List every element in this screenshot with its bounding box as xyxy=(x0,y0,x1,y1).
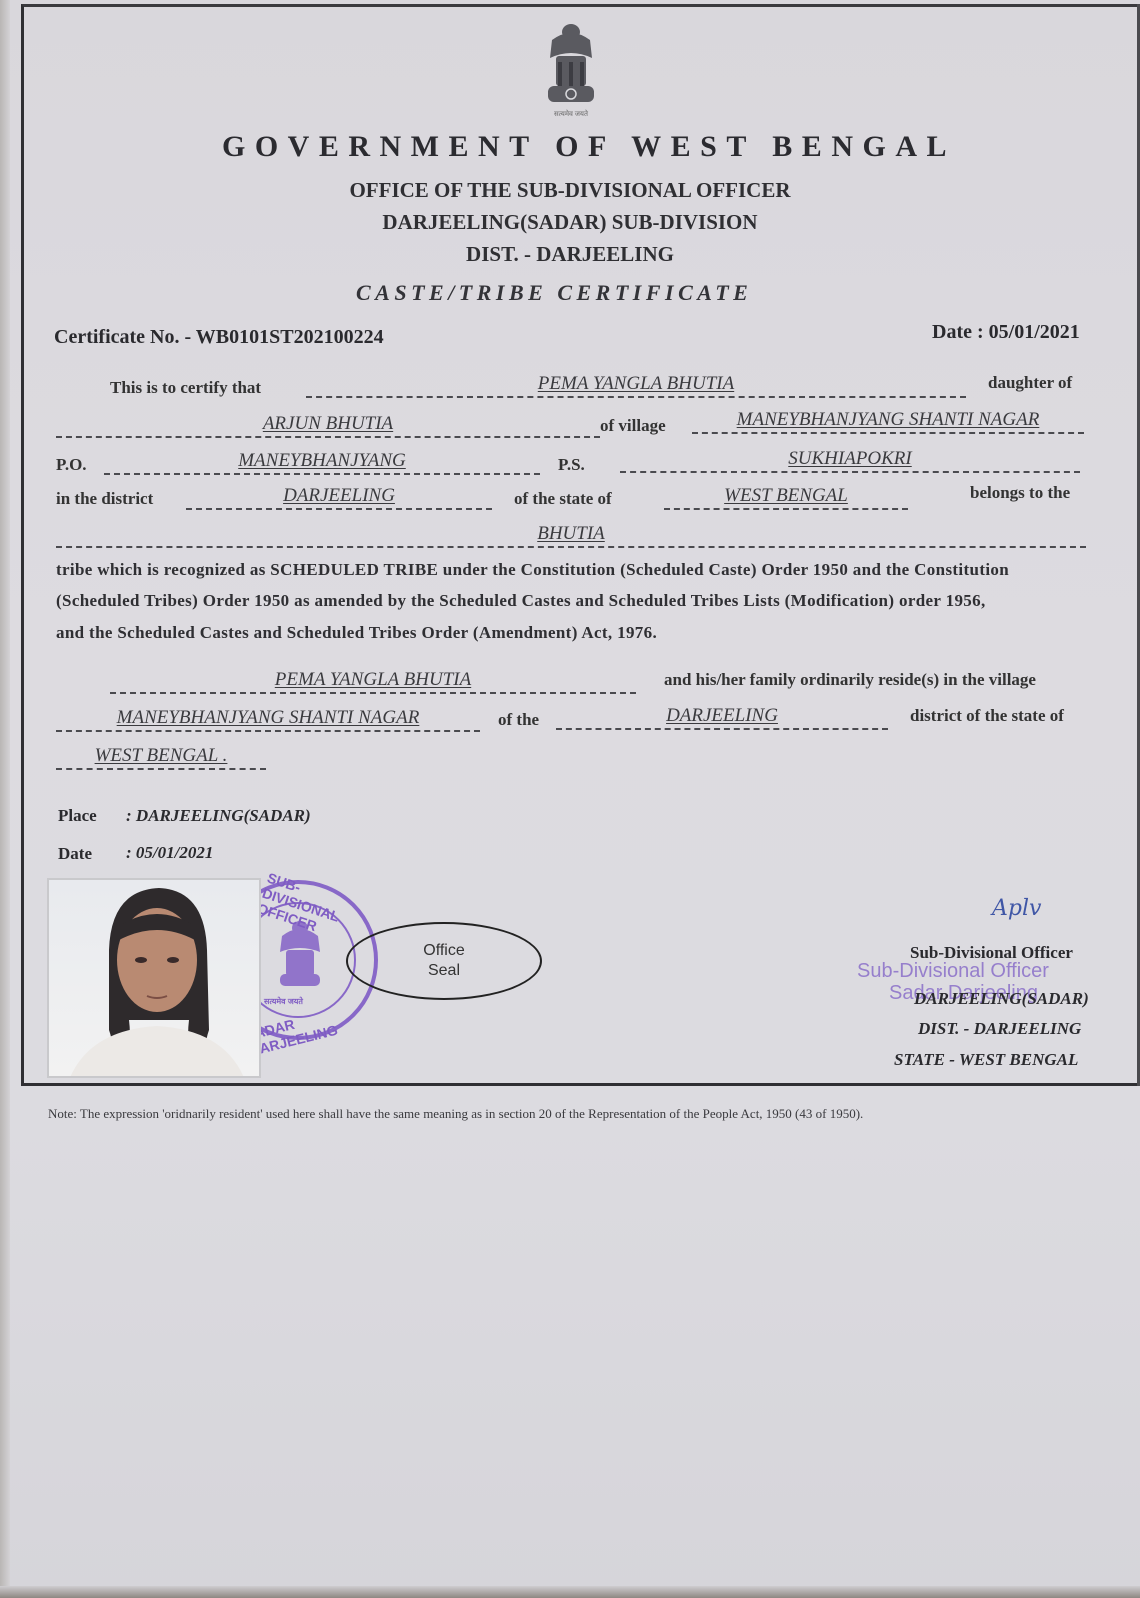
resident-village-field: MANEYBHANJYANG SHANTI NAGAR xyxy=(56,708,480,732)
name-field: PEMA YANGLA BHUTIA xyxy=(306,374,966,398)
district-field: DARJEELING xyxy=(186,486,492,510)
district-state-label: district of the state of xyxy=(910,706,1064,726)
subdivision-heading: DARJEELING(SADAR) SUB-DIVISION xyxy=(0,210,1140,235)
seal-line2: Seal xyxy=(428,961,460,981)
date-value: : 05/01/2021 xyxy=(126,843,213,863)
stamp-caption: सत्यमेव जयते xyxy=(264,996,303,1007)
intro-label: This is to certify that xyxy=(110,378,261,398)
place-label: Place xyxy=(58,806,97,826)
village-field: MANEYBHANJYANG SHANTI NAGAR xyxy=(692,410,1084,434)
place-value: : DARJEELING(SADAR) xyxy=(126,806,311,826)
government-heading: GOVERNMENT OF WEST BENGAL xyxy=(222,130,956,164)
paper-edge xyxy=(0,0,10,1598)
officer-district: DIST. - DARJEELING xyxy=(918,1019,1081,1039)
ps-label: P.S. xyxy=(558,455,585,475)
state-field: WEST BENGAL xyxy=(664,486,908,510)
officer-stamp-line1: Sub-Divisional Officer xyxy=(857,960,1049,983)
certificate-title: CASTE/TRIBE CERTIFICATE xyxy=(356,280,752,306)
tribe-field: BHUTIA xyxy=(56,524,1086,548)
district-heading: DIST. - DARJEELING xyxy=(0,242,1140,267)
certificate-date: Date : 05/01/2021 xyxy=(932,321,1080,344)
resident-name-field: PEMA YANGLA BHUTIA xyxy=(110,670,636,694)
certificate-number: Certificate No. - WB0101ST202100224 xyxy=(54,326,384,349)
belongs-label: belongs to the xyxy=(970,483,1070,503)
parent-field: ARJUN BHUTIA xyxy=(56,414,600,438)
po-field: MANEYBHANJYANG xyxy=(104,451,540,475)
resident-district-field: DARJEELING xyxy=(556,706,888,730)
recognition-text-line1: tribe which is recognized as SCHEDULED T… xyxy=(56,560,1009,580)
village-label: of village xyxy=(600,416,666,436)
resident-state-field: WEST BENGAL . xyxy=(56,746,266,770)
applicant-photo xyxy=(47,878,261,1078)
officer-place: DARJEELING(SADAR) xyxy=(914,989,1089,1009)
office-seal-placeholder: Office Seal xyxy=(346,922,542,1000)
of-the-label: of the xyxy=(498,710,539,730)
state-emblem-icon: सत्यमेव जयते xyxy=(538,18,604,122)
state-label: of the state of xyxy=(514,489,612,509)
office-heading: OFFICE OF THE SUB-DIVISIONAL OFFICER xyxy=(0,178,1140,203)
ps-field: SUKHIAPOKRI xyxy=(620,449,1080,473)
paper-bottom-edge xyxy=(0,1586,1140,1598)
recognition-text-line3: and the Scheduled Castes and Scheduled T… xyxy=(56,623,657,643)
seal-line1: Office xyxy=(423,941,465,961)
date-label: Date xyxy=(58,844,92,864)
signature: Aplv xyxy=(992,896,1041,921)
recognition-text-line2: (Scheduled Tribes) Order 1950 as amended… xyxy=(56,591,986,611)
svg-text:सत्यमेव जयते: सत्यमेव जयते xyxy=(554,109,589,118)
residence-label: and his/her family ordinarily reside(s) … xyxy=(664,670,1036,690)
po-label: P.O. xyxy=(56,455,87,475)
district-label: in the district xyxy=(56,489,153,509)
officer-state: STATE - WEST BENGAL xyxy=(894,1050,1078,1070)
relation-label: daughter of xyxy=(988,373,1072,393)
footnote: Note: The expression 'oridnarily residen… xyxy=(48,1106,863,1122)
